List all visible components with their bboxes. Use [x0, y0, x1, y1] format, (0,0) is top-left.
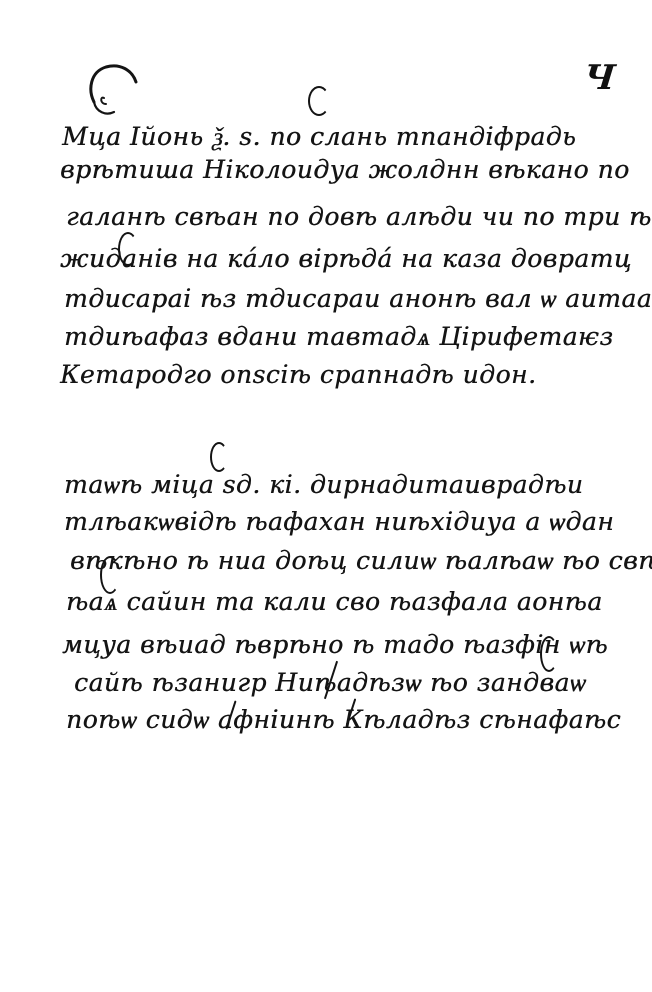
manuscript-line: тдисараі ѣз тдисараи анонѣ вал ѡ аитаани: [64, 284, 652, 314]
manuscript-line: вѣкѣно ѣ ниа доѣц силиѡ ѣалѣаѡ ѣо свѣни: [70, 546, 652, 576]
manuscript-line: таѡѣ міца ѕд. кі. дирнадитаиврадѣи: [64, 470, 583, 500]
manuscript-line: тдиѣафаз вдани тавтадѧ Цірифетаѥз: [64, 322, 613, 352]
manuscript-line: Кетародго опѕсіѣ срапнадѣ идон.: [60, 360, 536, 389]
manuscript-line: Мца Ійонь ѯ. ѕ. по слань тпандіфрадь: [62, 122, 576, 152]
manuscript-page: Ч Мца Ійонь ѯ. ѕ. по слань тпандіфрадь в…: [0, 0, 652, 992]
manuscript-line: мцуа вѣиад ѣврѣно ѣ тадо ѣазфін ѡѣ: [62, 630, 608, 660]
manuscript-line: галанѣ свѣан по довѣ алѣди чи по три ѣаа: [66, 202, 652, 231]
flourish-loop-icon: [100, 556, 120, 594]
flourish-loop-icon: [540, 636, 558, 672]
manuscript-line: жиданів на ка́ло вірѣда́ на каза довратц: [60, 244, 632, 273]
decorative-swash-icon: [84, 62, 144, 124]
folio-number: Ч: [582, 58, 617, 98]
manuscript-line: тлѣакѡвідѣ ѣафахан ниѣхідиуа а ѡдан: [64, 507, 614, 537]
flourish-loop-icon: [308, 86, 330, 116]
manuscript-line: ѣаѧ сайин та кали сво ѣазфала аонѣа: [66, 587, 603, 617]
manuscript-line: врѣтиша Ніколоидуа жолднн вѣкано по: [60, 155, 630, 184]
flourish-loop-icon: [118, 232, 138, 266]
flourish-loop-icon: [210, 442, 228, 472]
manuscript-line: поѣѡ сидѡ афніинѣ Кѣладѣз сѣнафаѣс: [66, 705, 621, 735]
